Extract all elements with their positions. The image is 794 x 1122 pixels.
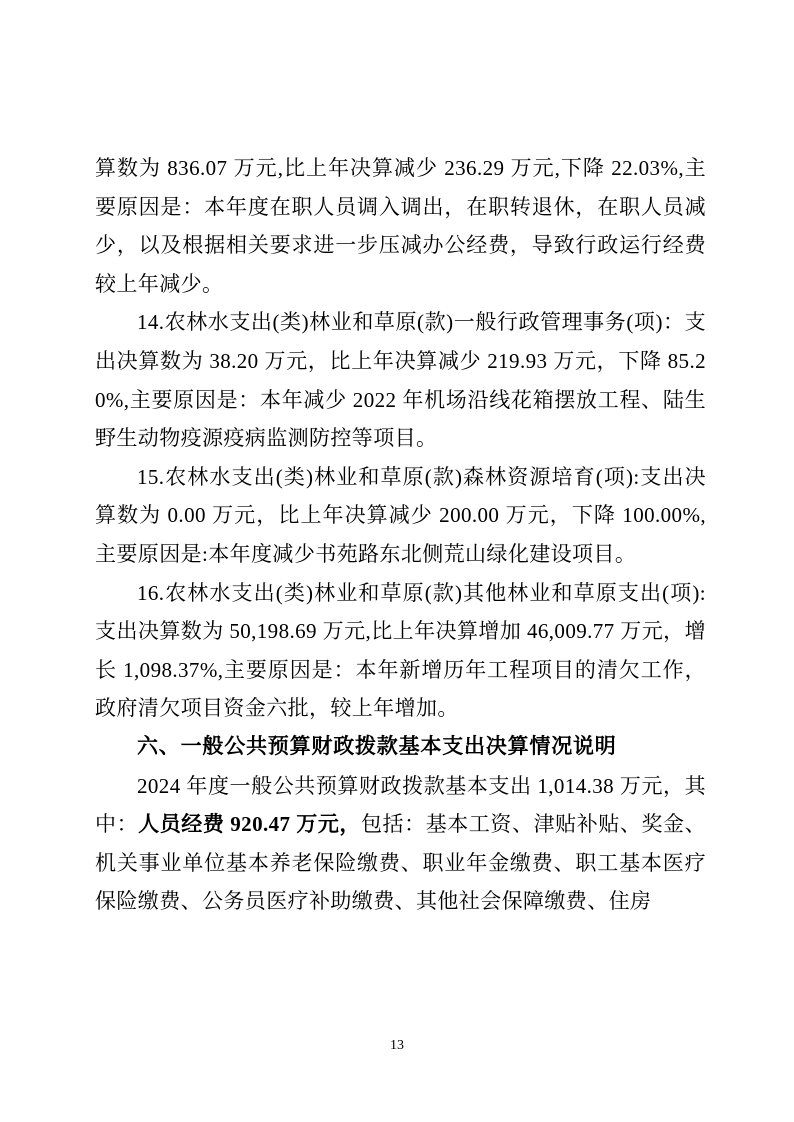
text-segment: 16.农林水支出(类)林业和草原(款)其他林业和草原支出(项):支出决算数为 5… (95, 581, 706, 721)
text-segment: 人员经费 920.47 万元， (138, 812, 361, 836)
document-page: 算数为 836.07 万元,比上年决算减少 236.29 万元,下降 22.03… (0, 0, 794, 1122)
paragraph: 14.农林水支出(类)林业和草原(款)一般行政管理事务(项)：支出决算数为 38… (95, 303, 706, 457)
text-segment: 六、一般公共预算财政拨款基本支出决算情况说明 (137, 735, 617, 758)
paragraph: 15.农林水支出(类)林业和草原(款)森林资源培育(项):支出决算数为 0.00… (95, 458, 706, 574)
text-segment: 算数为 836.07 万元,比上年决算减少 236.29 万元,下降 22.03… (95, 156, 706, 296)
paragraph: 16.农林水支出(类)林业和草原(款)其他林业和草原支出(项):支出决算数为 5… (95, 574, 706, 728)
document-body: 算数为 836.07 万元,比上年决算减少 236.29 万元,下降 22.03… (95, 149, 706, 921)
paragraph: 算数为 836.07 万元,比上年决算减少 236.29 万元,下降 22.03… (95, 149, 706, 303)
page-number: 13 (0, 1038, 794, 1054)
section-heading: 六、一般公共预算财政拨款基本支出决算情况说明 (95, 728, 706, 767)
text-segment: 15.农林水支出(类)林业和草原(款)森林资源培育(项):支出决算数为 0.00… (95, 465, 706, 566)
text-segment: 14.农林水支出(类)林业和草原(款)一般行政管理事务(项)：支出决算数为 38… (95, 310, 706, 450)
paragraph: 2024 年度一般公共预算财政拨款基本支出 1,014.38 万元，其中：人员经… (95, 767, 706, 921)
